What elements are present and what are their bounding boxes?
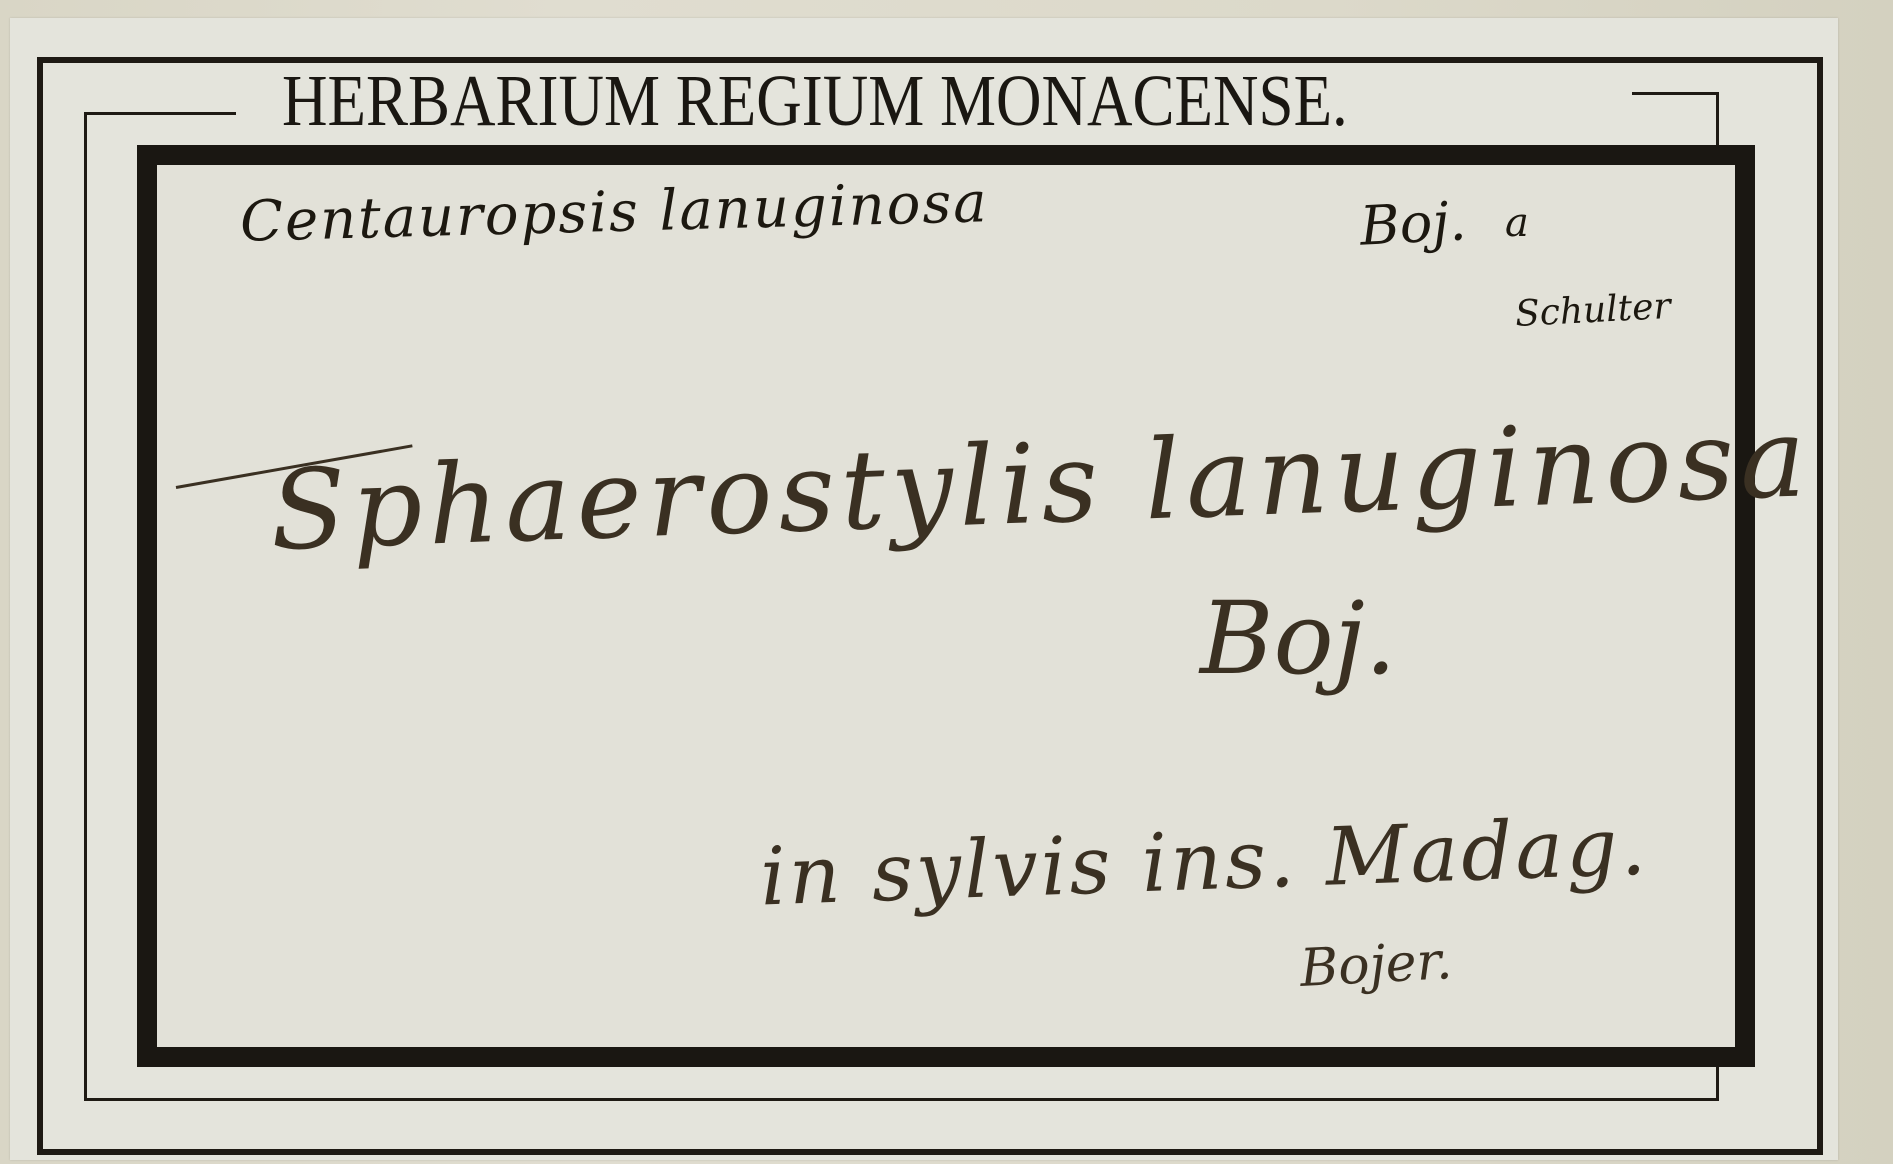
inner-border <box>137 145 1755 1067</box>
middle-border-top-left <box>84 112 236 115</box>
middle-border-top-right <box>1632 92 1719 95</box>
species-author: Boj. <box>1200 580 1396 697</box>
middle-border-bottom <box>84 1098 1719 1101</box>
accent-mark: a <box>1505 200 1529 246</box>
previous-author: Boj. <box>1358 189 1467 257</box>
middle-border-left <box>84 112 87 1100</box>
printed-title: HERBARIUM REGIUM MONACENSE. <box>282 60 1479 144</box>
collector-note: Schulter <box>1514 286 1672 335</box>
collector-signature: Bojer. <box>1299 931 1454 999</box>
